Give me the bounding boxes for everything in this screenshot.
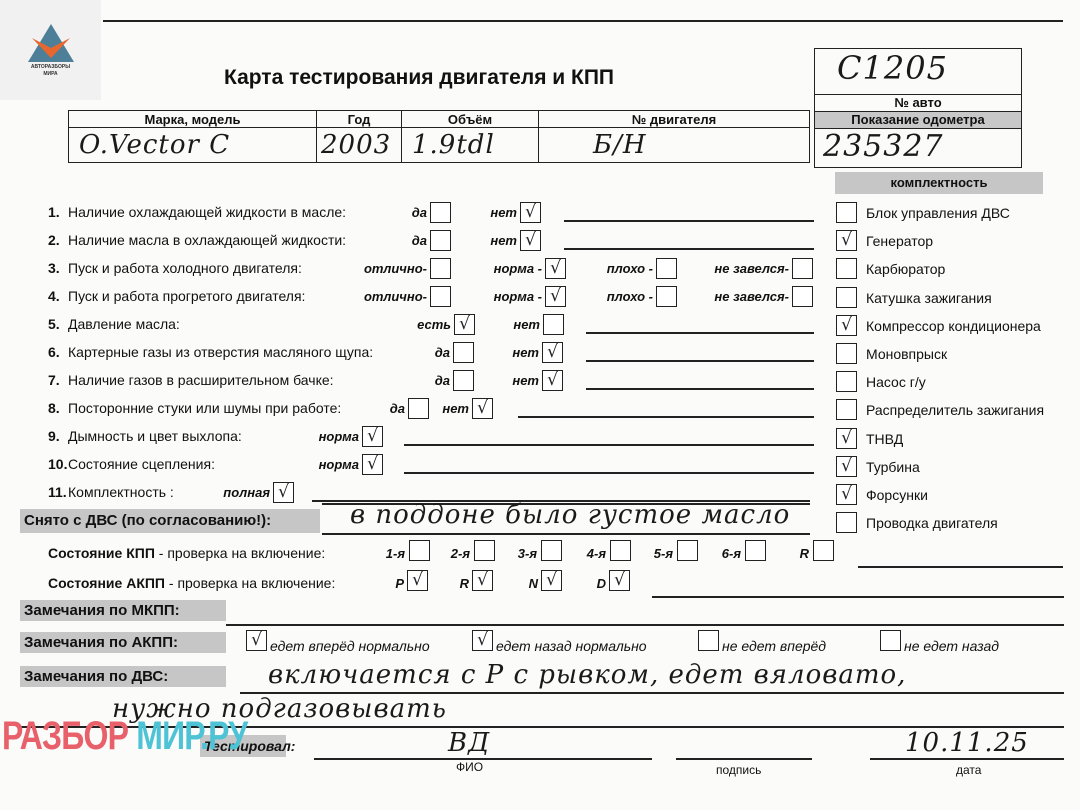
question-text: Картерные газы из отверстия масляного щу… [68, 344, 373, 360]
date-label: дата [956, 763, 981, 777]
completeness-checkbox-3[interactable] [836, 258, 857, 279]
completeness-item-label: Карбюратор [866, 261, 945, 277]
completeness-item-label: Форсунки [866, 487, 928, 503]
checklist-question-2: 2.Наличие масла в охлаждающей жидкости: [48, 232, 346, 248]
col-volume: Объём [402, 111, 539, 128]
checklist-question-9: 9.Дымность и цвет выхлопа: [48, 428, 242, 444]
signature-label: подпись [716, 763, 761, 777]
kpp-gear-checkbox-3-я[interactable] [541, 540, 562, 561]
option-label: да [412, 205, 427, 220]
question-text: Пуск и работа прогретого двигателя: [68, 288, 305, 304]
kpp-gear-label: 1-я [386, 546, 405, 561]
checkbox-q5-2[interactable] [543, 314, 564, 335]
akpp-remark-checkbox-3[interactable] [698, 630, 719, 651]
completeness-checkbox-12[interactable] [836, 512, 857, 533]
completeness-checkbox-1[interactable] [836, 202, 857, 223]
akpp-gear-label: P [395, 576, 404, 591]
akpp-remark-label: не едет вперёд [722, 638, 826, 654]
option-label: отлично- [364, 261, 427, 276]
checkbox-q9-1[interactable]: √ [362, 426, 383, 447]
kpp-label: Состояние КПП - проверка на включение: [48, 545, 325, 561]
checkbox-q2-2[interactable]: √ [520, 230, 541, 251]
akpp-gear-label: R [460, 576, 469, 591]
dvs-remarks-label: Замечания по ДВС: [20, 666, 226, 687]
akpp-remark-label: едет назад нормально [496, 638, 647, 654]
completeness-item-label: Компрессор кондиционера [866, 318, 1041, 334]
question-text: Дымность и цвет выхлопа: [68, 428, 242, 444]
signature-line [676, 758, 812, 760]
top-divider [103, 20, 1063, 22]
removed-value[interactable]: в поддоне было густое масло [350, 500, 790, 530]
completeness-item-label: Турбина [866, 459, 920, 475]
mkpp-remarks-line [226, 624, 1064, 626]
col-engine-number: № двигателя [539, 111, 810, 128]
question-number: 3. [48, 260, 68, 276]
checkbox-q2-1[interactable] [430, 230, 451, 251]
completeness-checkbox-11[interactable]: √ [836, 484, 857, 505]
completeness-checkbox-10[interactable]: √ [836, 456, 857, 477]
akpp-gear-checkbox-N[interactable]: √ [541, 570, 562, 591]
checkbox-q6-1[interactable] [453, 342, 474, 363]
completeness-item-label: Генератор [866, 233, 933, 249]
option-label: да [435, 373, 450, 388]
year-value: 2003 [317, 128, 402, 163]
option-label: нет [512, 373, 539, 388]
engine-number-value: Б/Н [539, 128, 810, 163]
question-number: 6. [48, 344, 68, 360]
vehicle-id-box: C1205 № авто Показание одометра 235327 [814, 48, 1022, 168]
kpp-gear-label: 2-я [451, 546, 470, 561]
option-label: норма - [494, 261, 542, 276]
option-label: норма [319, 429, 359, 444]
completeness-item-label: Распределитель зажигания [866, 402, 1044, 418]
completeness-checkbox-9[interactable]: √ [836, 428, 857, 449]
kpp-gear-label: 3-я [518, 546, 537, 561]
completeness-checkbox-4[interactable] [836, 287, 857, 308]
option-label: нет [490, 205, 517, 220]
question-text: Наличие охлаждающей жидкости в масле: [68, 204, 346, 220]
checkbox-q11-1[interactable]: √ [273, 482, 294, 503]
checklist-question-8: 8.Посторонние стуки или шумы при работе: [48, 400, 341, 416]
notes-line [586, 332, 814, 334]
kpp-gear-checkbox-4-я[interactable] [610, 540, 631, 561]
option-label: полная [223, 485, 270, 500]
removed-line [322, 533, 810, 535]
dvs-remarks-line1[interactable]: включается с Р с рывком, едет вяловато, [268, 660, 906, 690]
checkbox-q4-1[interactable] [430, 286, 451, 307]
col-year: Год [317, 111, 402, 128]
question-text: Посторонние стуки или шумы при работе: [68, 400, 341, 416]
completeness-checkbox-7[interactable] [836, 371, 857, 392]
watermark-part1: РАЗБОР [2, 714, 128, 758]
option-label: да [390, 401, 405, 416]
option-label: да [435, 345, 450, 360]
checkbox-q3-4[interactable] [792, 258, 813, 279]
question-text: Комплектность : [68, 484, 174, 500]
option-label: отлично- [364, 289, 427, 304]
completeness-item-label: Катушка зажигания [866, 290, 992, 306]
checkbox-q8-1[interactable] [408, 398, 429, 419]
akpp-remark-checkbox-1[interactable]: √ [246, 630, 267, 651]
kpp-gear-label: R [800, 546, 809, 561]
option-label: да [412, 233, 427, 248]
checklist-question-1: 1.Наличие охлаждающей жидкости в масле: [48, 204, 346, 220]
option-label: норма [319, 457, 359, 472]
notes-line [404, 444, 814, 446]
auto-number-label: № авто [815, 95, 1021, 112]
kpp-gear-checkbox-5-я[interactable] [677, 540, 698, 561]
checkbox-q6-2[interactable]: √ [542, 342, 563, 363]
question-text: Состояние сцепления: [68, 456, 215, 472]
akpp-gear-checkbox-P[interactable]: √ [407, 570, 428, 591]
watermark: РАЗБОР МИР.РУ [2, 714, 247, 759]
date-line [870, 758, 1064, 760]
checklist-question-4: 4.Пуск и работа прогретого двигателя: [48, 288, 305, 304]
volume-value: 1.9tdl [402, 128, 539, 163]
question-number: 10. [48, 456, 68, 472]
question-number: 8. [48, 400, 68, 416]
notes-line [586, 360, 814, 362]
kpp-gear-checkbox-1-я[interactable] [409, 540, 430, 561]
akpp-remark-checkbox-2[interactable]: √ [472, 630, 493, 651]
option-label: нет [442, 401, 469, 416]
watermark-part2: МИР.РУ [136, 714, 247, 758]
page-title: Карта тестирования двигателя и КПП [224, 66, 614, 90]
akpp-label: Состояние АКПП - проверка на включение: [48, 575, 335, 591]
akpp-remark-checkbox-4[interactable] [880, 630, 901, 651]
question-text: Пуск и работа холодного двигателя: [68, 260, 302, 276]
removed-label: Снято с ДВС (по согласованию!): [20, 509, 320, 533]
checkbox-q3-3[interactable] [656, 258, 677, 279]
option-label: плохо - [607, 289, 653, 304]
completeness-checkbox-8[interactable] [836, 399, 857, 420]
kpp-gear-checkbox-2-я[interactable] [474, 540, 495, 561]
option-label: есть [417, 317, 451, 332]
notes-line [404, 472, 814, 474]
option-label: не завелся- [714, 289, 789, 304]
completeness-item-label: Проводка двигателя [866, 515, 998, 531]
company-logo: АВТОРАЗБОРЫ МИРА [0, 0, 101, 100]
akpp-remark-label: едет вперёд нормально [270, 638, 430, 654]
checkbox-q5-1[interactable]: √ [454, 314, 475, 335]
question-text: Давление масла: [68, 316, 180, 332]
notes-line [564, 220, 814, 222]
question-number: 5. [48, 316, 68, 332]
question-number: 9. [48, 428, 68, 444]
option-label: плохо - [607, 261, 653, 276]
checkbox-q8-2[interactable]: √ [472, 398, 493, 419]
option-label: нет [512, 345, 539, 360]
checklist-question-11: 11.Комплектность : [48, 484, 174, 500]
completeness-item-label: Моновпрыск [866, 346, 947, 362]
checkbox-q3-1[interactable] [430, 258, 451, 279]
question-number: 2. [48, 232, 68, 248]
checkbox-q10-1[interactable]: √ [362, 454, 383, 475]
akpp-line [652, 596, 1064, 598]
completeness-checkbox-2[interactable]: √ [836, 230, 857, 251]
kpp-gear-label: 5-я [654, 546, 673, 561]
question-number: 1. [48, 204, 68, 220]
kpp-gear-label: 6-я [722, 546, 741, 561]
completeness-checkbox-5[interactable]: √ [836, 315, 857, 336]
odometer-label: Показание одометра [815, 112, 1021, 129]
kpp-gear-checkbox-R[interactable] [813, 540, 834, 561]
completeness-item-label: ТНВД [866, 431, 903, 447]
akpp-gear-checkbox-R[interactable]: √ [472, 570, 493, 591]
fio-value[interactable]: ВД [448, 728, 490, 758]
checkbox-q4-3[interactable] [656, 286, 677, 307]
checklist-question-10: 10.Состояние сцепления: [48, 456, 215, 472]
logo-text-line1: АВТОРАЗБОРЫ [0, 64, 101, 70]
checkbox-q1-1[interactable] [430, 202, 451, 223]
checkbox-q7-1[interactable] [453, 370, 474, 391]
question-text: Наличие масла в охлаждающей жидкости: [68, 232, 346, 248]
date-value[interactable]: 10.11.25 [905, 728, 1029, 758]
checklist-question-5: 5.Давление масла: [48, 316, 180, 332]
kpp-gear-label: 4-я [587, 546, 606, 561]
option-label: норма - [494, 289, 542, 304]
akpp-gear-label: N [529, 576, 538, 591]
make-model-value: O.Vector C [69, 128, 317, 163]
checklist-question-6: 6.Картерные газы из отверстия масляного … [48, 344, 373, 360]
kpp-line [858, 566, 1063, 568]
notes-line [586, 388, 814, 390]
option-label: нет [513, 317, 540, 332]
checkbox-q4-4[interactable] [792, 286, 813, 307]
auto-number-value: C1205 [815, 49, 1021, 95]
question-text: Наличие газов в расширительном бачке: [68, 372, 334, 388]
checkbox-q1-2[interactable]: √ [520, 202, 541, 223]
completeness-checkbox-6[interactable] [836, 343, 857, 364]
odometer-value: 235327 [815, 129, 1021, 165]
notes-line [518, 416, 814, 418]
notes-line [564, 248, 814, 250]
completeness-title: комплектность [835, 172, 1043, 194]
completeness-item-label: Блок управления ДВС [866, 205, 1010, 221]
checkbox-q7-2[interactable]: √ [542, 370, 563, 391]
kpp-gear-checkbox-6-я[interactable] [745, 540, 766, 561]
akpp-gear-checkbox-D[interactable]: √ [609, 570, 630, 591]
akpp-remark-label: не едет назад [904, 638, 999, 654]
vehicle-info-table: Марка, модель Год Объём № двигателя O.Ve… [68, 110, 810, 163]
logo-mountain-icon [28, 24, 74, 62]
fio-label: ФИО [456, 760, 483, 774]
col-make-model: Марка, модель [69, 111, 317, 128]
logo-text-line2: МИРА [0, 71, 101, 77]
question-number: 4. [48, 288, 68, 304]
checkbox-q4-2[interactable]: √ [545, 286, 566, 307]
akpp-remarks-label: Замечания по АКПП: [20, 632, 226, 653]
mkpp-remarks-label: Замечания по МКПП: [20, 600, 226, 621]
checkbox-q3-2[interactable]: √ [545, 258, 566, 279]
checklist-question-3: 3.Пуск и работа холодного двигателя: [48, 260, 302, 276]
question-number: 11. [48, 484, 68, 500]
akpp-gear-label: D [597, 576, 606, 591]
option-label: не завелся- [714, 261, 789, 276]
question-number: 7. [48, 372, 68, 388]
completeness-item-label: Насос г/у [866, 374, 926, 390]
checklist-question-7: 7.Наличие газов в расширительном бачке: [48, 372, 334, 388]
option-label: нет [490, 233, 517, 248]
